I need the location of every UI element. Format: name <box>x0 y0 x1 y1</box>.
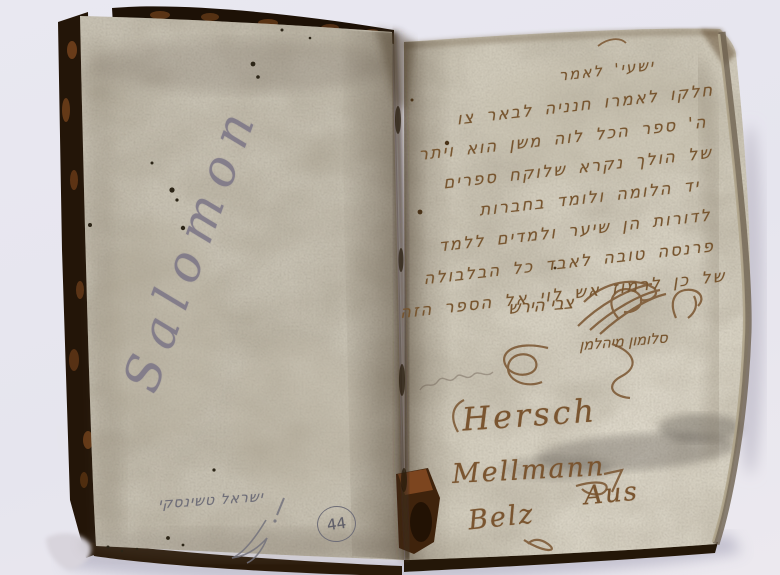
book-illustration <box>0 0 780 575</box>
book-photo: Salomon ישעי' לאמר חלקו לאמרו חנניה לבאר… <box>0 0 780 575</box>
left-page-shape <box>80 16 420 561</box>
right-page-shape <box>396 29 750 560</box>
